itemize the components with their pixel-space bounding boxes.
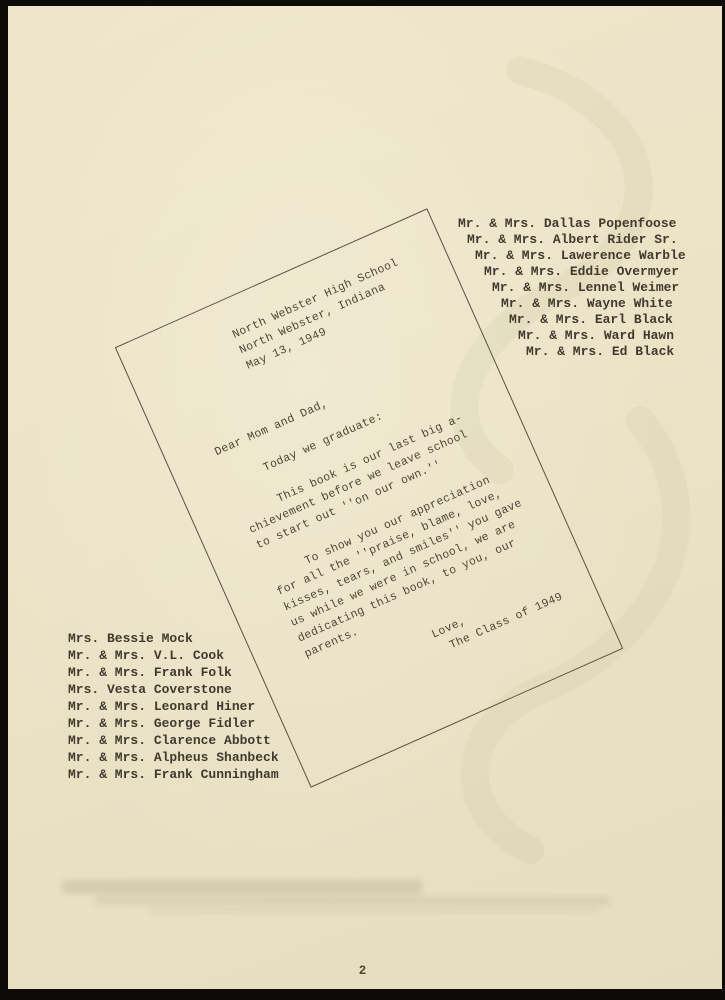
scan-edge-top: [0, 0, 725, 6]
parent-name: Mr. & Mrs. Dallas Popenfoose: [458, 216, 686, 232]
parent-name: Mr. & Mrs. George Fidler: [68, 715, 279, 732]
scanned-yearbook-page: North Webster High School North Webster,…: [0, 0, 725, 1000]
parent-name: Mr. & Mrs. Lennel Weimer: [492, 280, 686, 296]
showthrough-smudge: [95, 896, 610, 905]
parent-name: Mr. & Mrs. V.L. Cook: [68, 647, 279, 664]
parent-name: Mrs. Bessie Mock: [68, 630, 279, 647]
parent-name: Mr. & Mrs. Albert Rider Sr.: [467, 232, 686, 248]
parent-name: Mr. & Mrs. Alpheus Shanbeck: [68, 749, 279, 766]
parent-name: Mr. & Mrs. Frank Folk: [68, 664, 279, 681]
parents-list-right: Mr. & Mrs. Dallas Popenfoose Mr. & Mrs. …: [458, 216, 686, 360]
showthrough-smudge: [150, 908, 600, 913]
page-number: 2: [0, 964, 725, 978]
parent-name: Mr. & Mrs. Leonard Hiner: [68, 698, 279, 715]
showthrough-smudge: [62, 880, 422, 894]
parent-name: Mr. & Mrs. Lawerence Warble: [475, 248, 686, 264]
parent-name: Mr. & Mrs. Ward Hawn: [518, 328, 686, 344]
scan-edge-bottom: [0, 989, 725, 1000]
scan-edge-left: [0, 0, 8, 1000]
parent-name: Mr. & Mrs. Clarence Abbott: [68, 732, 279, 749]
parent-name: Mr. & Mrs. Frank Cunningham: [68, 766, 279, 783]
parent-name: Mr. & Mrs. Earl Black: [509, 312, 686, 328]
parent-name: Mr. & Mrs. Eddie Overmyer: [484, 264, 686, 280]
parent-name: Mrs. Vesta Coverstone: [68, 681, 279, 698]
parent-name: Mr. & Mrs. Ed Black: [526, 344, 686, 360]
parent-name: Mr. & Mrs. Wayne White: [501, 296, 686, 312]
parents-list-left: Mrs. Bessie Mock Mr. & Mrs. V.L. Cook Mr…: [68, 630, 279, 783]
